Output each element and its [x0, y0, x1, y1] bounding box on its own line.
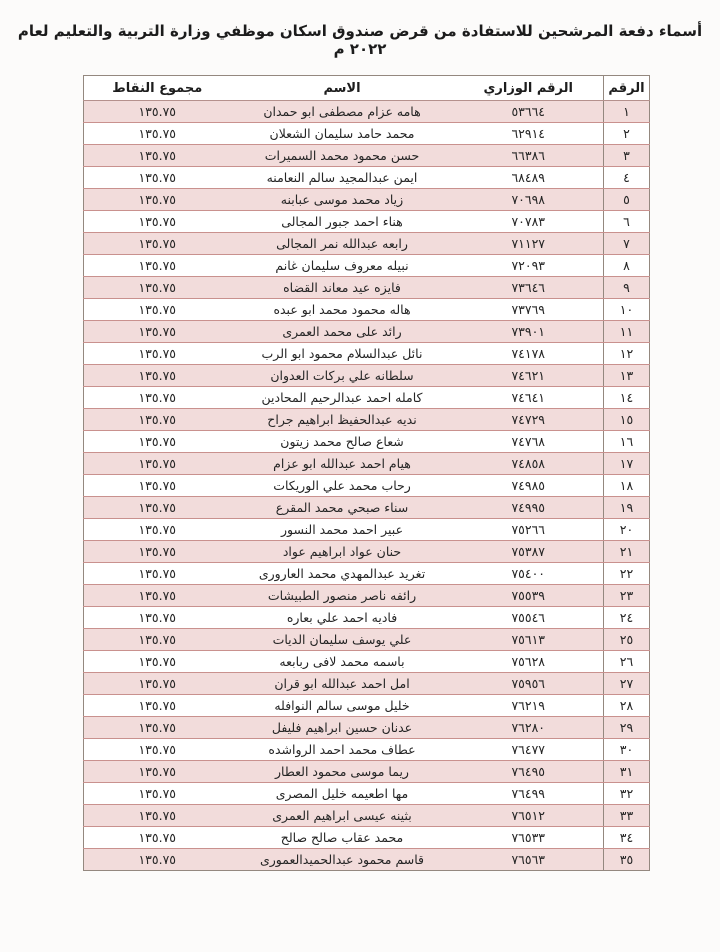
cell-name: عدنان حسين ابراهيم فليفل [231, 717, 454, 739]
cell-total-points: ١٣٥.٧٥ [84, 497, 231, 519]
cell-index: ١٧ [604, 453, 650, 475]
table-row: ١٥٧٤٧٢٩نديه عبدالحفيظ ابراهيم جراح١٣٥.٧٥ [84, 409, 650, 431]
table-row: ٨٧٢٠٩٣نبيله معروف سليمان غانم١٣٥.٧٥ [84, 255, 650, 277]
table-row: ١٨٧٤٩٨٥رحاب محمد علي الوريكات١٣٥.٧٥ [84, 475, 650, 497]
table-row: ٦٧٠٧٨٣هناء احمد جبور المجالى١٣٥.٧٥ [84, 211, 650, 233]
cell-name: رابعه عبدالله نمر المجالى [231, 233, 454, 255]
table-row: ٢٦٢٩١٤محمد حامد سليمان الشعلان١٣٥.٧٥ [84, 123, 650, 145]
table-row: ١٩٧٤٩٩٥سناء صبحي محمد المقرع١٣٥.٧٥ [84, 497, 650, 519]
cell-ministry-number: ٧٥٥٤٦ [454, 607, 604, 629]
header-total-points: مجموع النقاط [84, 76, 231, 101]
cell-index: ٣٢ [604, 783, 650, 805]
cell-ministry-number: ٧٢٠٩٣ [454, 255, 604, 277]
cell-total-points: ١٣٥.٧٥ [84, 299, 231, 321]
cell-total-points: ١٣٥.٧٥ [84, 211, 231, 233]
cell-total-points: ١٣٥.٧٥ [84, 629, 231, 651]
cell-name: امل احمد عبدالله ابو قران [231, 673, 454, 695]
table-row: ١٥٣٦٦٤هامه عزام مصطفى ابو حمدان١٣٥.٧٥ [84, 101, 650, 123]
cell-total-points: ١٣٥.٧٥ [84, 189, 231, 211]
table-row: ٢٢٧٥٤٠٠تغريد عبدالمهدي محمد العارورى١٣٥.… [84, 563, 650, 585]
table-header-row: الرقم الرقم الوزاري الاسم مجموع النقاط [84, 76, 650, 101]
cell-ministry-number: ٧٣٧٦٩ [454, 299, 604, 321]
cell-index: ١٤ [604, 387, 650, 409]
cell-total-points: ١٣٥.٧٥ [84, 167, 231, 189]
cell-total-points: ١٣٥.٧٥ [84, 805, 231, 827]
cell-index: ٢٧ [604, 673, 650, 695]
cell-ministry-number: ٧٥٥٣٩ [454, 585, 604, 607]
cell-index: ٢٥ [604, 629, 650, 651]
document-page: أسماء دفعة المرشحين للاستفادة من قرض صند… [0, 0, 720, 952]
document-title: أسماء دفعة المرشحين للاستفادة من قرض صند… [0, 0, 720, 58]
cell-ministry-number: ٧٤٦٤١ [454, 387, 604, 409]
cell-name: هناء احمد جبور المجالى [231, 211, 454, 233]
cell-index: ١٣ [604, 365, 650, 387]
cell-name: زياد محمد موسى عبابنه [231, 189, 454, 211]
cell-ministry-number: ٥٣٦٦٤ [454, 101, 604, 123]
cell-total-points: ١٣٥.٧٥ [84, 849, 231, 871]
cell-name: حسن محمود محمد السميرات [231, 145, 454, 167]
cell-total-points: ١٣٥.٧٥ [84, 145, 231, 167]
cell-name: رحاب محمد علي الوريكات [231, 475, 454, 497]
cell-index: ١٠ [604, 299, 650, 321]
table-row: ٢٠٧٥٢٦٦عبير احمد محمد النسور١٣٥.٧٥ [84, 519, 650, 541]
table-row: ١١٧٣٩٠١رائد على محمد العمرى١٣٥.٧٥ [84, 321, 650, 343]
cell-ministry-number: ٦٦٣٨٦ [454, 145, 604, 167]
table-row: ٣١٧٦٤٩٥ريما موسى محمود العطار١٣٥.٧٥ [84, 761, 650, 783]
cell-total-points: ١٣٥.٧٥ [84, 717, 231, 739]
cell-ministry-number: ٧٦٤٩٩ [454, 783, 604, 805]
cell-index: ٣٣ [604, 805, 650, 827]
cell-ministry-number: ٧٦٢٨٠ [454, 717, 604, 739]
cell-total-points: ١٣٥.٧٥ [84, 739, 231, 761]
cell-name: هامه عزام مصطفى ابو حمدان [231, 101, 454, 123]
table-row: ٤٦٨٤٨٩ايمن عبدالمجيد سالم النعامنه١٣٥.٧٥ [84, 167, 650, 189]
cell-name: رائد على محمد العمرى [231, 321, 454, 343]
cell-name: عبير احمد محمد النسور [231, 519, 454, 541]
cell-ministry-number: ٧٤٧٢٩ [454, 409, 604, 431]
cell-ministry-number: ٧٤٧٦٨ [454, 431, 604, 453]
cell-total-points: ١٣٥.٧٥ [84, 255, 231, 277]
cell-ministry-number: ٧٦٥١٢ [454, 805, 604, 827]
cell-total-points: ١٣٥.٧٥ [84, 827, 231, 849]
cell-index: ٢٢ [604, 563, 650, 585]
table-row: ٣٢٧٦٤٩٩مها اطعيمه خليل المصرى١٣٥.٧٥ [84, 783, 650, 805]
cell-name: فاديه احمد علي بعاره [231, 607, 454, 629]
table-row: ٩٧٣٦٤٦فايزه عيد معاند القضاه١٣٥.٧٥ [84, 277, 650, 299]
cell-index: ٢١ [604, 541, 650, 563]
cell-name: فايزه عيد معاند القضاه [231, 277, 454, 299]
cell-total-points: ١٣٥.٧٥ [84, 651, 231, 673]
cell-name: محمد عقاب صالح صالح [231, 827, 454, 849]
table-row: ١٤٧٤٦٤١كامله احمد عبدالرحيم المحادين١٣٥.… [84, 387, 650, 409]
cell-ministry-number: ٧٠٦٩٨ [454, 189, 604, 211]
cell-name: محمد حامد سليمان الشعلان [231, 123, 454, 145]
table-row: ٢٦٧٥٦٢٨باسمه محمد لافى ربابعه١٣٥.٧٥ [84, 651, 650, 673]
cell-ministry-number: ٧٤٨٥٨ [454, 453, 604, 475]
table-row: ٣٥٧٦٥٦٣قاسم محمود عبدالحميدالعمورى١٣٥.٧٥ [84, 849, 650, 871]
cell-name: قاسم محمود عبدالحميدالعمورى [231, 849, 454, 871]
cell-total-points: ١٣٥.٧٥ [84, 277, 231, 299]
cell-index: ١٦ [604, 431, 650, 453]
cell-index: ١٢ [604, 343, 650, 365]
cell-total-points: ١٣٥.٧٥ [84, 783, 231, 805]
cell-index: ٢٤ [604, 607, 650, 629]
cell-ministry-number: ٧٦٤٧٧ [454, 739, 604, 761]
table-row: ١٦٧٤٧٦٨شعاع صالح محمد زيتون١٣٥.٧٥ [84, 431, 650, 453]
cell-total-points: ١٣٥.٧٥ [84, 321, 231, 343]
cell-name: عطاف محمد احمد الرواشده [231, 739, 454, 761]
cell-ministry-number: ٧٦٥٦٣ [454, 849, 604, 871]
cell-ministry-number: ٧٤٩٩٥ [454, 497, 604, 519]
cell-name: نائل عبدالسلام محمود ابو الرب [231, 343, 454, 365]
cell-ministry-number: ٧٦٢١٩ [454, 695, 604, 717]
cell-index: ١٥ [604, 409, 650, 431]
cell-index: ٣٠ [604, 739, 650, 761]
cell-name: سلطانه علي بركات العدوان [231, 365, 454, 387]
cell-ministry-number: ٧٥٦٢٨ [454, 651, 604, 673]
cell-name: هيام احمد عبدالله ابو عزام [231, 453, 454, 475]
cell-total-points: ١٣٥.٧٥ [84, 409, 231, 431]
cell-index: ٢٣ [604, 585, 650, 607]
cell-name: ايمن عبدالمجيد سالم النعامنه [231, 167, 454, 189]
cell-name: بثينه عيسى ابراهيم العمرى [231, 805, 454, 827]
cell-index: ٦ [604, 211, 650, 233]
cell-ministry-number: ٧٤٩٨٥ [454, 475, 604, 497]
cell-ministry-number: ٧٤١٧٨ [454, 343, 604, 365]
cell-total-points: ١٣٥.٧٥ [84, 365, 231, 387]
cell-index: ٣ [604, 145, 650, 167]
cell-index: ٥ [604, 189, 650, 211]
cell-name: حنان عواد ابراهيم عواد [231, 541, 454, 563]
cell-name: سناء صبحي محمد المقرع [231, 497, 454, 519]
cell-name: تغريد عبدالمهدي محمد العارورى [231, 563, 454, 585]
cell-name: خليل موسى سالم النوافله [231, 695, 454, 717]
cell-index: ١١ [604, 321, 650, 343]
table-row: ٢٥٧٥٦١٣علي يوسف سليمان الديات١٣٥.٧٥ [84, 629, 650, 651]
cell-ministry-number: ٧٣٩٠١ [454, 321, 604, 343]
cell-ministry-number: ٧٥٢٦٦ [454, 519, 604, 541]
cell-ministry-number: ٧٥٦١٣ [454, 629, 604, 651]
cell-index: ٢٠ [604, 519, 650, 541]
cell-index: ٨ [604, 255, 650, 277]
cell-index: ٣٥ [604, 849, 650, 871]
cell-total-points: ١٣٥.٧٥ [84, 673, 231, 695]
candidates-table: الرقم الرقم الوزاري الاسم مجموع النقاط ١… [83, 75, 650, 871]
cell-ministry-number: ٦٢٩١٤ [454, 123, 604, 145]
cell-name: مها اطعيمه خليل المصرى [231, 783, 454, 805]
cell-total-points: ١٣٥.٧٥ [84, 541, 231, 563]
header-ministry-number: الرقم الوزاري [454, 76, 604, 101]
cell-total-points: ١٣٥.٧٥ [84, 607, 231, 629]
header-name: الاسم [231, 76, 454, 101]
cell-index: ٢٨ [604, 695, 650, 717]
cell-total-points: ١٣٥.٧٥ [84, 695, 231, 717]
table-row: ٣٠٧٦٤٧٧عطاف محمد احمد الرواشده١٣٥.٧٥ [84, 739, 650, 761]
cell-total-points: ١٣٥.٧٥ [84, 761, 231, 783]
cell-index: ٢٦ [604, 651, 650, 673]
table-row: ٢٣٧٥٥٣٩رائفه ناصر منصور الطبيشات١٣٥.٧٥ [84, 585, 650, 607]
table-row: ١٣٧٤٦٢١سلطانه علي بركات العدوان١٣٥.٧٥ [84, 365, 650, 387]
cell-ministry-number: ٧٦٤٩٥ [454, 761, 604, 783]
cell-total-points: ١٣٥.٧٥ [84, 475, 231, 497]
cell-name: باسمه محمد لافى ربابعه [231, 651, 454, 673]
table-row: ٣٦٦٣٨٦حسن محمود محمد السميرات١٣٥.٧٥ [84, 145, 650, 167]
cell-index: ٣١ [604, 761, 650, 783]
cell-index: ٩ [604, 277, 650, 299]
table-row: ٥٧٠٦٩٨زياد محمد موسى عبابنه١٣٥.٧٥ [84, 189, 650, 211]
cell-total-points: ١٣٥.٧٥ [84, 585, 231, 607]
cell-ministry-number: ٦٨٤٨٩ [454, 167, 604, 189]
cell-index: ٢ [604, 123, 650, 145]
cell-index: ٢٩ [604, 717, 650, 739]
cell-total-points: ١٣٥.٧٥ [84, 233, 231, 255]
cell-ministry-number: ٧٤٦٢١ [454, 365, 604, 387]
cell-ministry-number: ٧٠٧٨٣ [454, 211, 604, 233]
cell-ministry-number: ٧٥٣٨٧ [454, 541, 604, 563]
cell-name: ريما موسى محمود العطار [231, 761, 454, 783]
cell-index: ١٩ [604, 497, 650, 519]
cell-name: علي يوسف سليمان الديات [231, 629, 454, 651]
table-row: ٢٩٧٦٢٨٠عدنان حسين ابراهيم فليفل١٣٥.٧٥ [84, 717, 650, 739]
table-row: ١٧٧٤٨٥٨هيام احمد عبدالله ابو عزام١٣٥.٧٥ [84, 453, 650, 475]
table-row: ٧٧١١٢٧رابعه عبدالله نمر المجالى١٣٥.٧٥ [84, 233, 650, 255]
table-row: ١٠٧٣٧٦٩هاله محمود محمد ابو عبده١٣٥.٧٥ [84, 299, 650, 321]
cell-total-points: ١٣٥.٧٥ [84, 431, 231, 453]
cell-name: رائفه ناصر منصور الطبيشات [231, 585, 454, 607]
cell-total-points: ١٣٥.٧٥ [84, 519, 231, 541]
header-index: الرقم [604, 76, 650, 101]
cell-name: نديه عبدالحفيظ ابراهيم جراح [231, 409, 454, 431]
cell-ministry-number: ٧١١٢٧ [454, 233, 604, 255]
table-row: ٢١٧٥٣٨٧حنان عواد ابراهيم عواد١٣٥.٧٥ [84, 541, 650, 563]
cell-index: ٤ [604, 167, 650, 189]
cell-index: ١ [604, 101, 650, 123]
table-row: ١٢٧٤١٧٨نائل عبدالسلام محمود ابو الرب١٣٥.… [84, 343, 650, 365]
cell-total-points: ١٣٥.٧٥ [84, 453, 231, 475]
cell-name: شعاع صالح محمد زيتون [231, 431, 454, 453]
cell-index: ٣٤ [604, 827, 650, 849]
table-row: ٣٤٧٦٥٣٣محمد عقاب صالح صالح١٣٥.٧٥ [84, 827, 650, 849]
cell-ministry-number: ٧٦٥٣٣ [454, 827, 604, 849]
cell-total-points: ١٣٥.٧٥ [84, 101, 231, 123]
table-row: ٢٨٧٦٢١٩خليل موسى سالم النوافله١٣٥.٧٥ [84, 695, 650, 717]
cell-name: كامله احمد عبدالرحيم المحادين [231, 387, 454, 409]
cell-index: ٧ [604, 233, 650, 255]
cell-index: ١٨ [604, 475, 650, 497]
cell-total-points: ١٣٥.٧٥ [84, 387, 231, 409]
table-row: ٣٣٧٦٥١٢بثينه عيسى ابراهيم العمرى١٣٥.٧٥ [84, 805, 650, 827]
table-body: ١٥٣٦٦٤هامه عزام مصطفى ابو حمدان١٣٥.٧٥٢٦٢… [84, 101, 650, 871]
cell-total-points: ١٣٥.٧٥ [84, 123, 231, 145]
table-row: ٢٧٧٥٩٥٦امل احمد عبدالله ابو قران١٣٥.٧٥ [84, 673, 650, 695]
cell-name: نبيله معروف سليمان غانم [231, 255, 454, 277]
cell-ministry-number: ٧٥٩٥٦ [454, 673, 604, 695]
cell-name: هاله محمود محمد ابو عبده [231, 299, 454, 321]
cell-ministry-number: ٧٣٦٤٦ [454, 277, 604, 299]
cell-total-points: ١٣٥.٧٥ [84, 343, 231, 365]
table-row: ٢٤٧٥٥٤٦فاديه احمد علي بعاره١٣٥.٧٥ [84, 607, 650, 629]
cell-total-points: ١٣٥.٧٥ [84, 563, 231, 585]
cell-ministry-number: ٧٥٤٠٠ [454, 563, 604, 585]
